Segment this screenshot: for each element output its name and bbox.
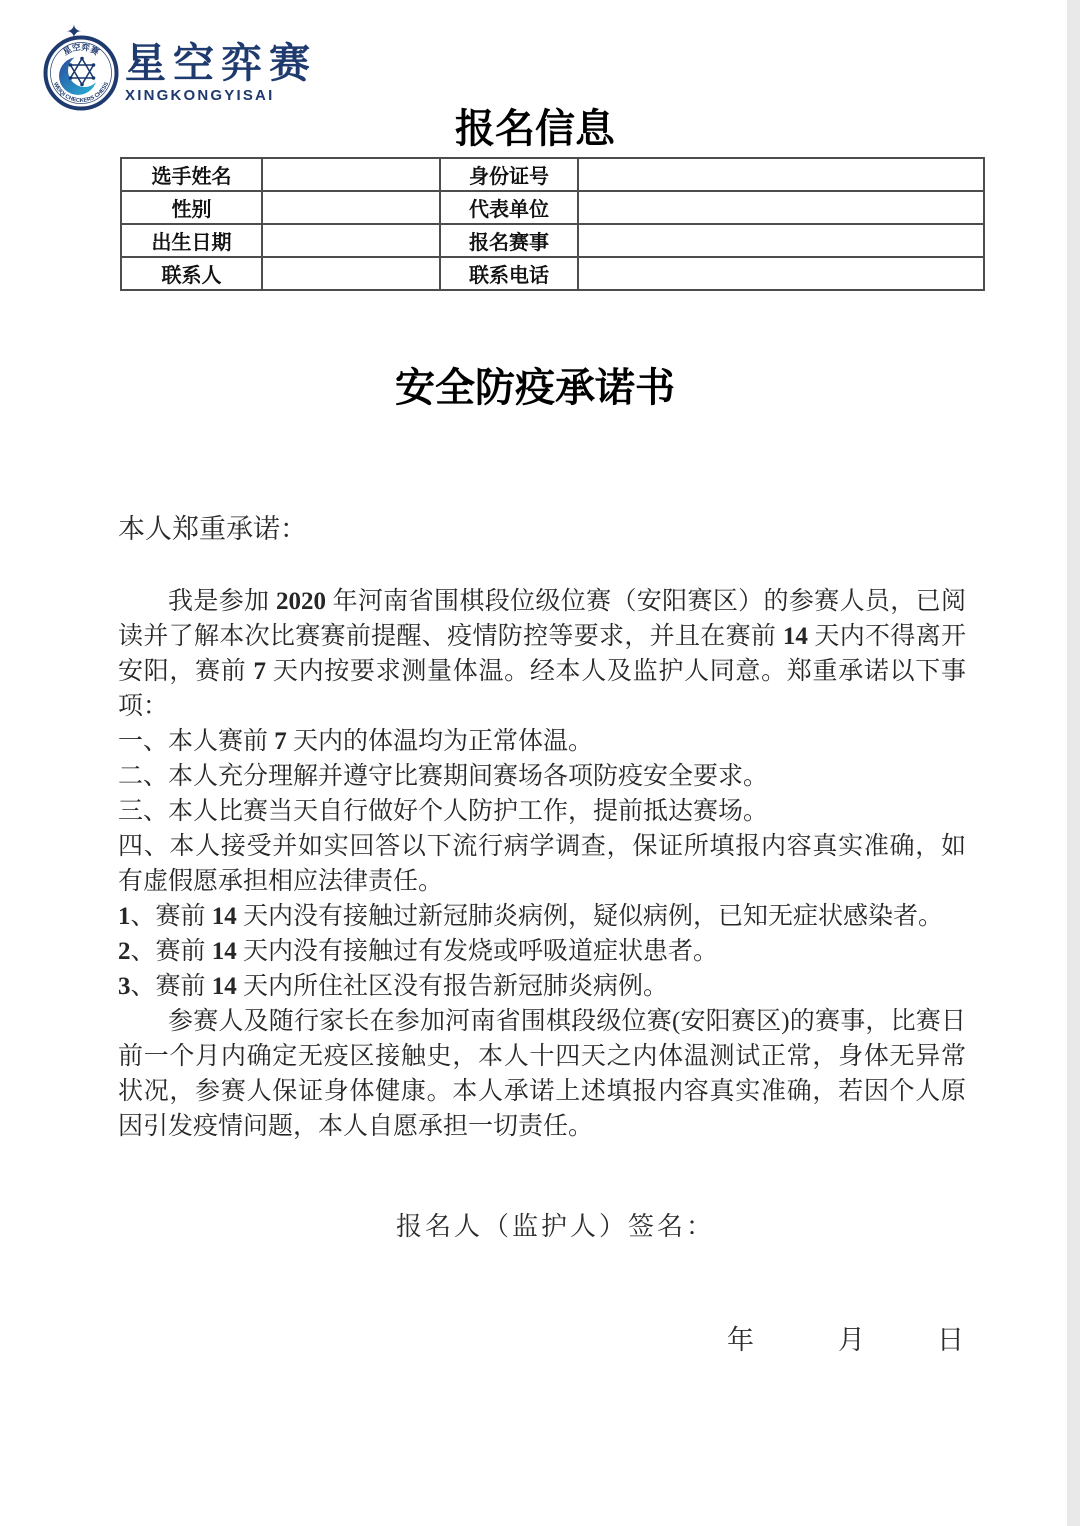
pledge-closing-paragraph: 参赛人及随行家长在参加河南省围棋段级位赛(安阳赛区)的赛事，比赛日前一个月内确定…	[118, 1004, 966, 1144]
field-label-contact-phone: 联系电话	[440, 257, 578, 290]
field-value-event	[578, 224, 984, 257]
field-value-organization	[578, 191, 984, 224]
field-label-organization: 代表单位	[440, 191, 578, 224]
table-row: 联系人 联系电话	[121, 257, 984, 290]
table-row: 选手姓名 身份证号	[121, 158, 984, 191]
field-label-player-name: 选手姓名	[121, 158, 262, 191]
pledge-body: 我是参加 2020 年河南省围棋段位级位赛（安阳赛区）的参赛人员，已阅读并了解本…	[118, 584, 966, 1144]
registration-table: 选手姓名 身份证号 性别 代表单位 出生日期 报名赛事 联系人 联系电话	[120, 157, 985, 291]
page-edge-gutter	[1067, 0, 1080, 1526]
day-label: 日	[937, 1318, 964, 1357]
field-value-contact-person	[262, 257, 440, 290]
field-label-gender: 性别	[121, 191, 262, 224]
document-page: 星空弈赛 WEIQI CHECKERS CHESS 星空弈赛 ✦ XINGKON…	[0, 0, 1080, 1526]
field-label-id-number: 身份证号	[440, 158, 578, 191]
pledge-item-3: 三、本人比赛当天自行做好个人防护工作，提前抵达赛场。	[118, 794, 966, 829]
date-line: 年 月 日	[0, 1318, 1080, 1354]
pledge-item-6: 2、赛前 14 天内没有接触过有发烧或呼吸道症状患者。	[118, 934, 966, 969]
pledge-item-5: 1、赛前 14 天内没有接触过新冠肺炎病例，疑似病例，已知无症状感染者。	[118, 899, 966, 934]
pledge-salutation: 本人郑重承诺：	[118, 512, 307, 547]
signature-label: 报名人（监护人）签名：	[396, 1206, 715, 1243]
pledge-title: 安全防疫承诺书	[0, 356, 1070, 413]
field-value-contact-phone	[578, 257, 984, 290]
pledge-item-4: 四、本人接受并如实回答以下流行病学调查，保证所填报内容真实准确，如有虚假愿承担相…	[118, 829, 966, 899]
field-value-gender	[262, 191, 440, 224]
field-label-contact-person: 联系人	[121, 257, 262, 290]
field-label-event: 报名赛事	[440, 224, 578, 257]
field-value-id-number	[578, 158, 984, 191]
month-label: 月	[838, 1318, 865, 1357]
pledge-intro-paragraph: 我是参加 2020 年河南省围棋段位级位赛（安阳赛区）的参赛人员，已阅读并了解本…	[118, 584, 966, 724]
pledge-item-1: 一、本人赛前 7 天内的体温均为正常体温。	[118, 724, 966, 759]
field-value-player-name	[262, 158, 440, 191]
year-label: 年	[727, 1318, 754, 1357]
sparkle-icon: ✦	[66, 21, 82, 44]
field-value-birth-date	[262, 224, 440, 257]
pledge-item-2: 二、本人充分理解并遵守比赛期间赛场各项防疫安全要求。	[118, 759, 966, 794]
brand-block: 星空弈赛 ✦ XINGKONGYISAI	[125, 34, 317, 104]
field-label-birth-date: 出生日期	[121, 224, 262, 257]
table-row: 性别 代表单位	[121, 191, 984, 224]
pledge-item-7: 3、赛前 14 天内所住社区没有报告新冠肺炎病例。	[118, 969, 966, 1004]
table-row: 出生日期 报名赛事	[121, 224, 984, 257]
brand-name-cn: 星空弈赛	[125, 40, 317, 86]
registration-title: 报名信息	[0, 97, 1070, 154]
